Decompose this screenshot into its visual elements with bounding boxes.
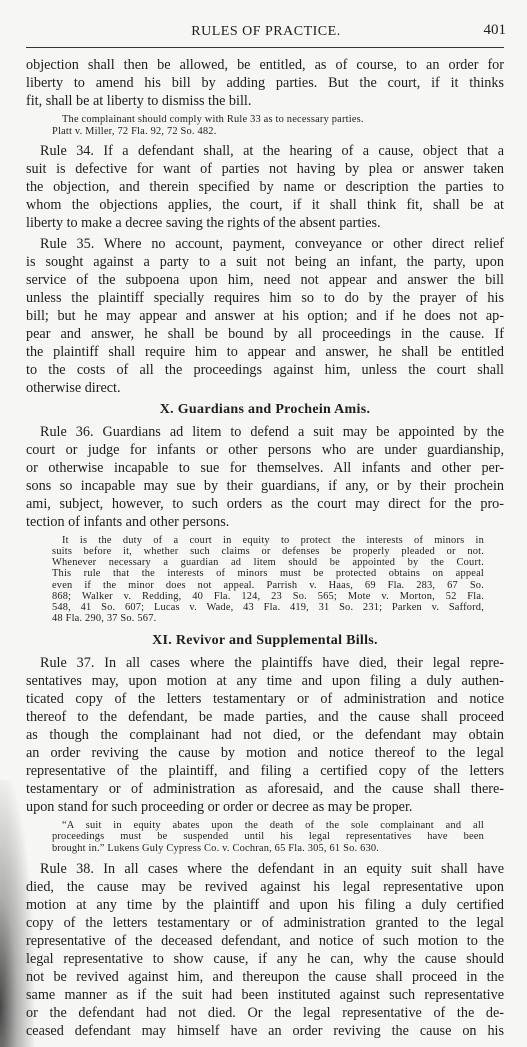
- text-line: tection of infants and other persons.: [26, 514, 504, 531]
- text-line: Rule 38. In all cases where the defendan…: [40, 861, 504, 878]
- note-line: Platt v. Miller, 72 Fla. 92, 72 So. 482.: [52, 126, 484, 137]
- text-line: unless the plaintiff specially requires …: [26, 290, 504, 307]
- note-line: 548, 41 So. 607; Lucas v. Wade, 43 Fla. …: [52, 602, 484, 613]
- text-line: representative of the plaintiff, and fil…: [26, 763, 504, 780]
- text-line: sentatives may, upon motion at any time …: [26, 673, 504, 690]
- text-line: or the defendant had not died. Or the le…: [26, 1005, 504, 1022]
- text-line: to the costs of all the proceedings agai…: [26, 362, 504, 379]
- note-line: proceedings must be suspended until his …: [52, 831, 484, 842]
- text-line: same manner as if the suit had been inst…: [26, 987, 504, 1004]
- page-header: RULES OF PRACTICE. 401: [26, 18, 506, 48]
- text-line: pear and answer, he shall be bound by al…: [26, 326, 504, 343]
- note-line: suits before it, whether such claims or …: [52, 546, 484, 557]
- text-line: fit, shall be at liberty to dismiss the …: [26, 93, 504, 110]
- note-line: It is the duty of a court in equity to p…: [62, 535, 484, 546]
- text-line: representative of the deceased defendant…: [26, 933, 504, 950]
- text-line: service of the subpoena upon him, need n…: [26, 272, 504, 289]
- text-line: objection shall then be allowed, be enti…: [26, 57, 504, 74]
- text-line: sons so incapable may sue by their guard…: [26, 478, 504, 495]
- text-line: is sought against a party to a suit not …: [26, 254, 504, 271]
- text-line: liberty to make a decree saving the righ…: [26, 215, 504, 232]
- text-line: not be revived against him, and thereupo…: [26, 969, 504, 986]
- text-line: ceased defendant may himself have an ord…: [26, 1023, 504, 1040]
- text-line: Rule 35. Where no account, payment, conv…: [40, 236, 504, 253]
- note-line: “A suit in equity abates upon the death …: [62, 820, 484, 831]
- text-line: Rule 37. In all cases where the plaintif…: [40, 655, 504, 672]
- page-number: 401: [484, 22, 507, 39]
- note-line: 48 Fla. 290, 37 So. 567.: [52, 613, 484, 624]
- note-line: Whenever necessary a guardian ad litem s…: [52, 557, 484, 568]
- book-page: RULES OF PRACTICE. 401 objection shall t…: [0, 0, 527, 1047]
- text-line: suit is defective for want of parties no…: [26, 161, 504, 178]
- header-divider: [26, 47, 504, 48]
- text-line: Rule 36. Guardians ad litem to defend a …: [40, 424, 504, 441]
- text-line: upon stand for such proceeding or order …: [26, 799, 504, 816]
- text-line: otherwise direct.: [26, 380, 504, 397]
- text-line: died, the cause may be revived against h…: [26, 879, 504, 896]
- section-heading-xi: XI. Revivor and Supplemental Bills.: [26, 633, 504, 649]
- note-line: The complainant should comply with Rule …: [62, 114, 484, 125]
- text-line: liberty to amend his bill by adding part…: [26, 75, 504, 92]
- text-line: whom the objections applies, the court, …: [26, 197, 504, 214]
- text-line: court or judge for infants or other pers…: [26, 442, 504, 459]
- text-line: an order reviving the cause by motion an…: [26, 745, 504, 762]
- text-line: thereof to the defendant, be made partie…: [26, 709, 504, 726]
- text-line: the plaintiff shall require him to appea…: [26, 344, 504, 361]
- note-line: This rule that the interests of minors m…: [52, 568, 484, 579]
- text-line: or otherwise incapable to sue for themse…: [26, 460, 504, 477]
- text-line: as though the complainant had not died, …: [26, 727, 504, 744]
- text-line: Rule 34. If a defendant shall, at the he…: [40, 143, 504, 160]
- section-heading-x: X. Guardians and Prochein Amis.: [26, 402, 504, 418]
- text-line: the objection, and therein specified by …: [26, 179, 504, 196]
- text-line: testamentary or of administration as afo…: [26, 781, 504, 798]
- text-line: bill; but he may appear and answer at hi…: [26, 308, 504, 325]
- text-line: copy of the letters testamentary or of a…: [26, 915, 504, 932]
- running-head: RULES OF PRACTICE.: [26, 24, 506, 40]
- text-line: ticated copy of the letters testamentary…: [26, 691, 504, 708]
- text-line: ami, subject, however, to such orders as…: [26, 496, 504, 513]
- note-line: 868; Walker v. Redding, 40 Fla. 124, 23 …: [52, 591, 484, 602]
- note-line: brought in.” Lukens Guly Cypress Co. v. …: [52, 843, 484, 854]
- text-line: legal representative to show cause, if a…: [26, 951, 504, 968]
- text-line: motion at any time by the plaintiff and …: [26, 897, 504, 914]
- note-line: even if the minor does not appeal. Parri…: [52, 580, 484, 591]
